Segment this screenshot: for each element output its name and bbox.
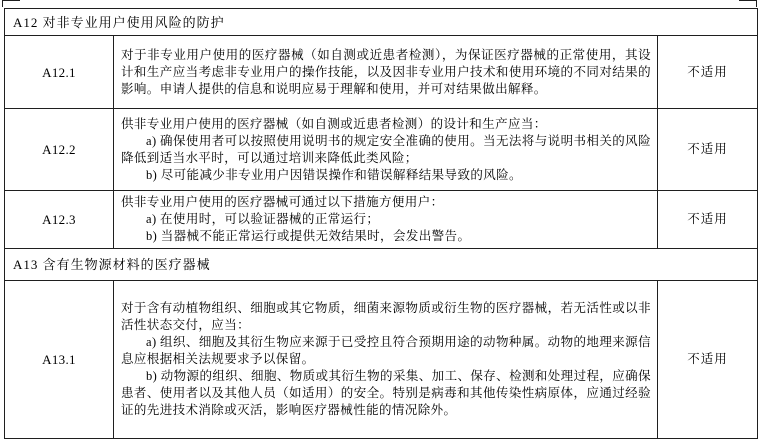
- clause-subitem-b: b) 当器械不能正常运行或提供无效结果时，会发出警告。: [121, 228, 651, 245]
- clause-code: A12.1: [5, 36, 114, 109]
- applicability-status: 不适用: [658, 191, 758, 249]
- clause-paragraph: 对于非专业用户使用的医疗器械（如自测或近患者检测），为保证医疗器械的正常使用，其…: [121, 47, 651, 98]
- clause-paragraph: 供非专业用户使用的医疗器械可通过以下措施方便用户：: [121, 194, 651, 211]
- clause-paragraph: 供非专业用户使用的医疗器械（如自测或近患者检测）的设计和生产应当：: [121, 116, 651, 133]
- applicability-status: 不适用: [658, 109, 758, 191]
- clause-code: A13.1: [5, 281, 114, 439]
- cropped-border-remnant-top-left: [2, 0, 20, 7]
- clause-subitem-b: b) 动物源的组织、细胞、物质或其衍生物的采集、加工、保存、检测和处理过程，应确…: [121, 368, 651, 419]
- clause-subitem-a: a) 组织、细胞及其衍生物应来源于已受控且符合预期用途的动物种属。动物的地理来源…: [121, 334, 651, 368]
- clause-description: 对于含有动植物组织、细胞或其它物质，细菌来源物质或衍生物的医疗器械，若无活性或以…: [114, 281, 658, 439]
- section-title-a12: A12 对非专业用户使用风险的防护: [5, 9, 758, 36]
- clause-code: A12.3: [5, 191, 114, 249]
- section-row-a12: A12 对非专业用户使用风险的防护: [5, 9, 758, 36]
- clause-paragraph: 对于含有动植物组织、细胞或其它物质，细菌来源物质或衍生物的医疗器械，若无活性或以…: [121, 300, 651, 334]
- clause-subitem-a: a) 在使用时，可以验证器械的正常运行；: [121, 211, 651, 228]
- clause-subitem-a: a) 确保使用者可以按照使用说明书的规定安全准确的使用。当无法将与说明书相关的风…: [121, 133, 651, 167]
- section-row-a13: A13 含有生物源材料的医疗器械: [5, 249, 758, 281]
- applicability-status: 不适用: [658, 36, 758, 109]
- clause-description: 供非专业用户使用的医疗器械（如自测或近患者检测）的设计和生产应当： a) 确保使…: [114, 109, 658, 191]
- clause-description: 对于非专业用户使用的医疗器械（如自测或近患者检测），为保证医疗器械的正常使用，其…: [114, 36, 658, 109]
- cropped-border-remnant-top-right: [739, 0, 757, 7]
- clause-subitem-b: b) 尽可能减少非专业用户因错误操作和错误解释结果导致的风险。: [121, 167, 651, 184]
- requirements-checklist-table: A12 对非专业用户使用风险的防护 A12.1 对于非专业用户使用的医疗器械（如…: [4, 8, 758, 439]
- table-row-a12-2: A12.2 供非专业用户使用的医疗器械（如自测或近患者检测）的设计和生产应当： …: [5, 109, 758, 191]
- section-title-a13: A13 含有生物源材料的医疗器械: [5, 249, 758, 281]
- clause-code: A12.2: [5, 109, 114, 191]
- table-row-a12-1: A12.1 对于非专业用户使用的医疗器械（如自测或近患者检测），为保证医疗器械的…: [5, 36, 758, 109]
- clause-description: 供非专业用户使用的医疗器械可通过以下措施方便用户： a) 在使用时，可以验证器械…: [114, 191, 658, 249]
- table-row-a13-1: A13.1 对于含有动植物组织、细胞或其它物质，细菌来源物质或衍生物的医疗器械，…: [5, 281, 758, 439]
- table-row-a12-3: A12.3 供非专业用户使用的医疗器械可通过以下措施方便用户： a) 在使用时，…: [5, 191, 758, 249]
- applicability-status: 不适用: [658, 281, 758, 439]
